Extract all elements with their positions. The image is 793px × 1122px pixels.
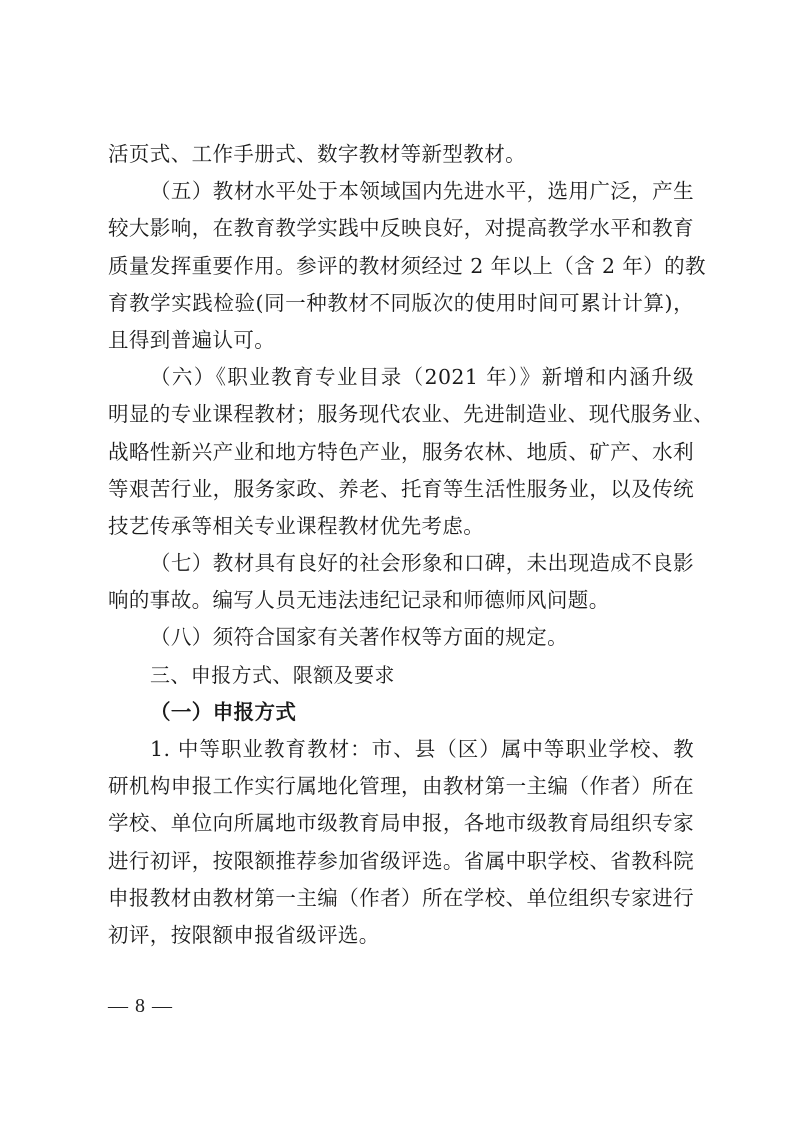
paragraph-line: 学校、单位向所属地市级教育局申报，各地市级教育局组织专家 [108, 805, 694, 842]
paragraph-line: （六）《职业教育专业目录（2021 年）》新增和内涵升级 [108, 359, 694, 396]
paragraph-line: 活页式、工作手册式、数字教材等新型教材。 [108, 136, 694, 173]
paragraph-line: 育教学实践检验(同一种教材不同版次的使用时间可累计计算)， [108, 285, 694, 322]
paragraph-line: 技艺传承等相关专业课程教材优先考虑。 [108, 508, 694, 545]
paragraph-line: 明显的专业课程教材；服务现代农业、先进制造业、现代服务业、 [108, 396, 694, 433]
document-page: 活页式、工作手册式、数字教材等新型教材。 （五）教材水平处于本领域国内先进水平，… [108, 136, 694, 954]
paragraph-line: （七）教材具有良好的社会形象和口碑，未出现造成不良影 [108, 545, 694, 582]
paragraph-line: 1. 中等职业教育教材：市、县（区）属中等职业学校、教 [108, 731, 694, 768]
page-number: — 8 — [108, 995, 173, 1018]
paragraph-line: 战略性新兴产业和地方特色产业，服务农林、地质、矿产、水利 [108, 434, 694, 471]
paragraph-line: （五）教材水平处于本领域国内先进水平，选用广泛，产生 [108, 173, 694, 210]
paragraph-line: 且得到普遍认可。 [108, 322, 694, 359]
paragraph-line: 响的事故。编写人员无违法违纪记录和师德师风问题。 [108, 582, 694, 619]
subsection-heading: （一）申报方式 [108, 694, 694, 731]
paragraph-line: （八）须符合国家有关著作权等方面的规定。 [108, 619, 694, 656]
paragraph-line: 研机构申报工作实行属地化管理，由教材第一主编（作者）所在 [108, 768, 694, 805]
paragraph-line: 进行初评，按限额推荐参加省级评选。省属中职学校、省教科院 [108, 843, 694, 880]
paragraph-line: 等艰苦行业，服务家政、养老、托育等生活性服务业，以及传统 [108, 471, 694, 508]
section-heading: 三、申报方式、限额及要求 [108, 657, 694, 694]
paragraph-line: 质量发挥重要作用。参评的教材须经过 2 年以上（含 2 年）的教 [108, 248, 694, 285]
paragraph-line: 申报教材由教材第一主编（作者）所在学校、单位组织专家进行 [108, 880, 694, 917]
paragraph-line: 较大影响，在教育教学实践中反映良好，对提高教学水平和教育 [108, 210, 694, 247]
paragraph-line: 初评，按限额申报省级评选。 [108, 917, 694, 954]
